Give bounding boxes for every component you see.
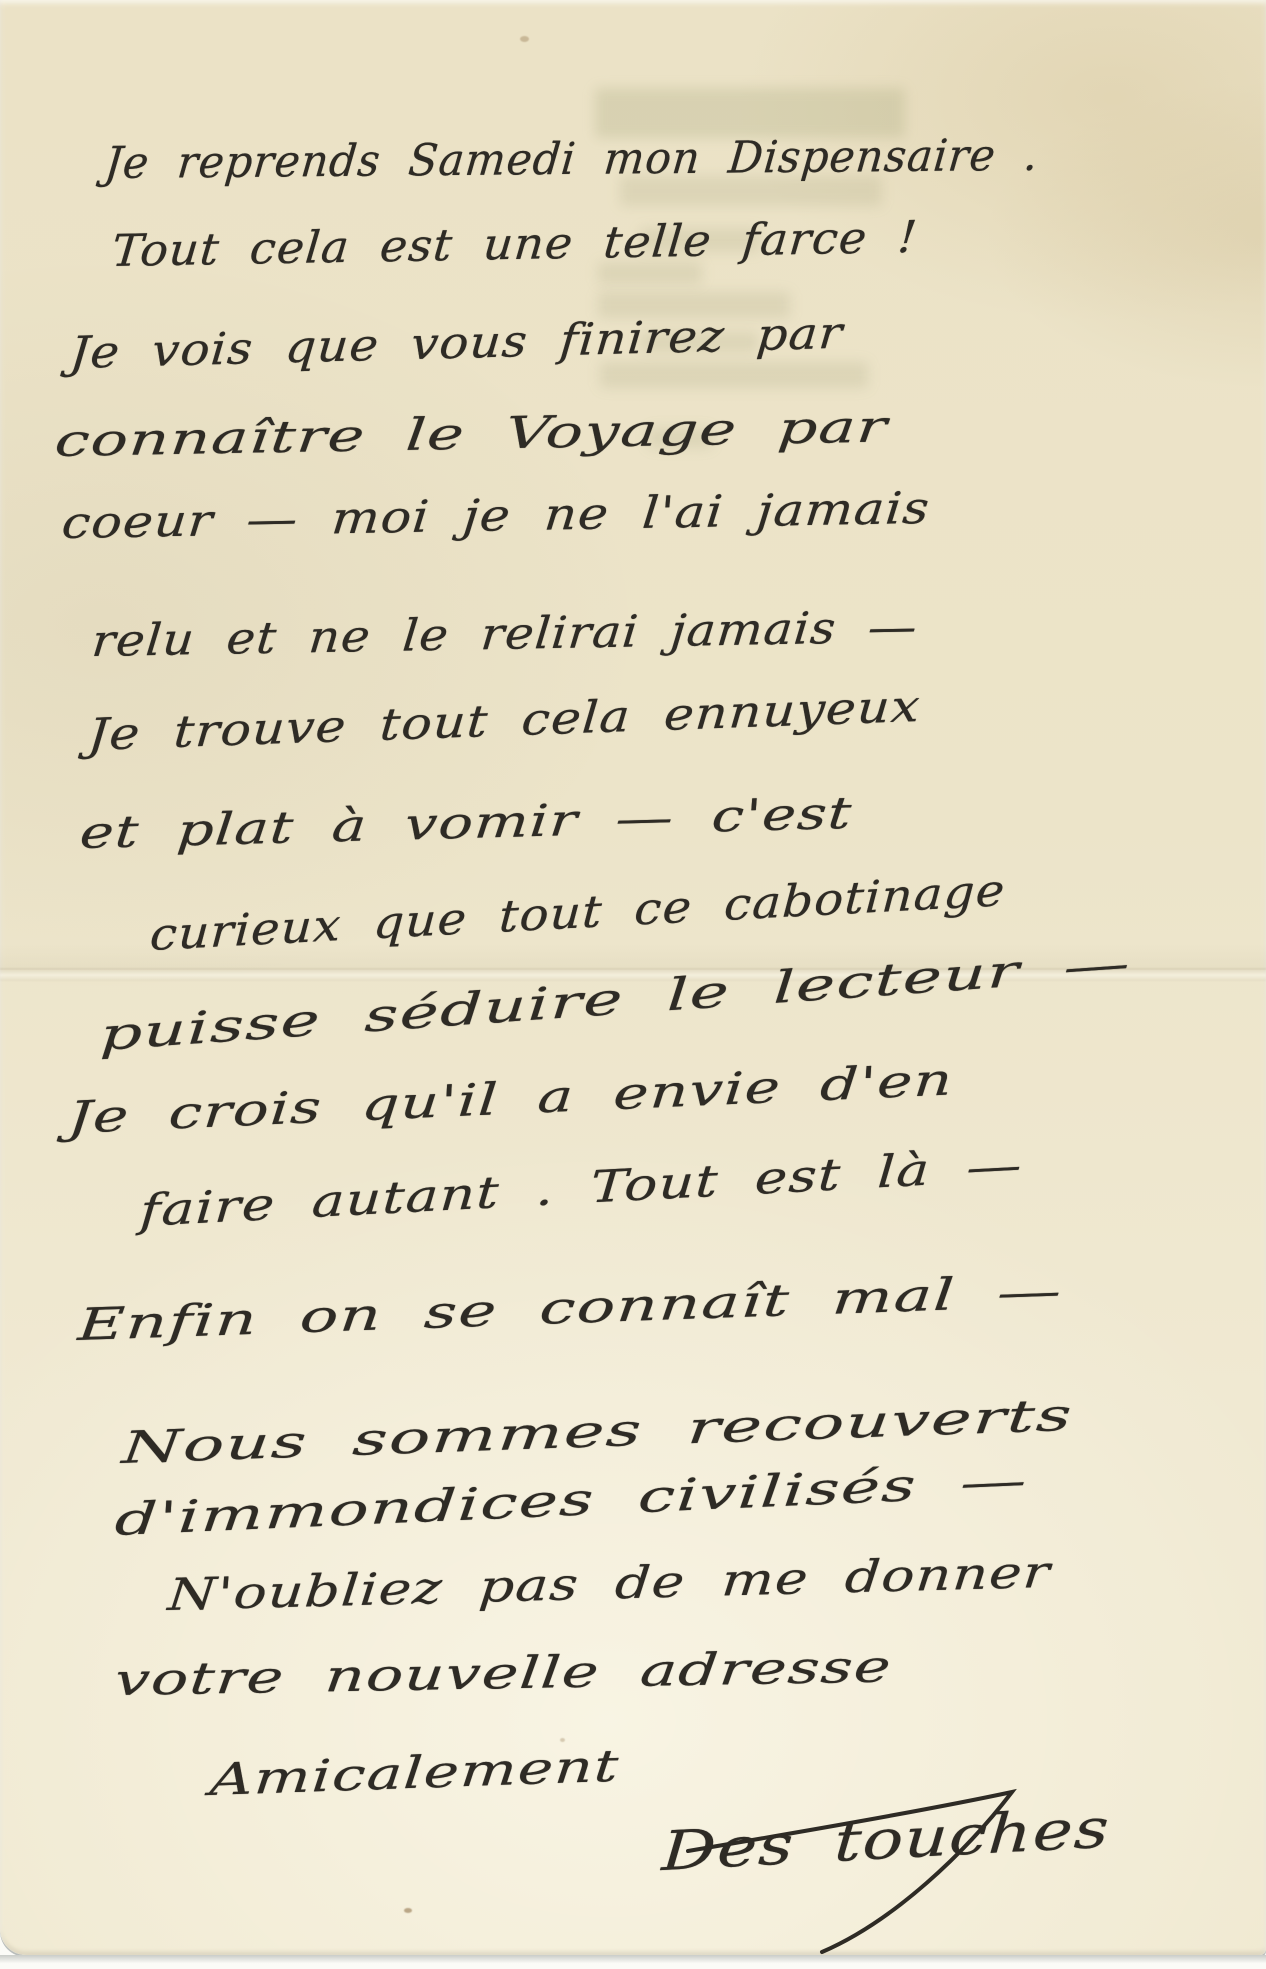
letter-line-11: Je crois qu'il a envie d'en xyxy=(67,1056,955,1143)
paper: Je reprends Samedi mon Dispensaire .Tout… xyxy=(0,0,1266,1955)
letter-line-16: N'oubliez pas de me donner xyxy=(166,1549,1052,1621)
signature: Des touches xyxy=(660,1798,1111,1881)
letter-line-5: coeur — moi je ne l'ai jamais xyxy=(60,485,932,549)
letter-line-2: Tout cela est une telle farce ! xyxy=(110,214,920,277)
paper-speck xyxy=(560,1738,565,1742)
paper-speck xyxy=(404,1908,412,1913)
letter-line-12: faire autant . Tout est là — xyxy=(139,1142,1024,1237)
letter-line-1: Je reprends Samedi mon Dispensaire . xyxy=(103,132,1041,189)
scan-bottom-edge xyxy=(0,1955,1266,1969)
letter-scan: Je reprends Samedi mon Dispensaire .Tout… xyxy=(0,0,1266,1969)
paper-speck xyxy=(520,36,529,42)
letter-line-7: Je trouve tout cela ennuyeux xyxy=(86,683,922,761)
letter-line-17: votre nouvelle adresse xyxy=(113,1643,894,1705)
letter-line-13: Enfin on se connaît mal — xyxy=(76,1268,1064,1351)
letterhead-showthrough-block xyxy=(600,362,868,388)
letter-line-15: d'immondices civilisés — xyxy=(114,1457,1030,1545)
letter-line-6: relu et ne le relirai jamais — xyxy=(90,604,920,667)
closing-line: Amicalement xyxy=(208,1743,621,1806)
letter-line-8: et plat à vomir — c'est xyxy=(78,790,854,859)
letter-line-4: connaître le Voyage par xyxy=(53,403,890,466)
